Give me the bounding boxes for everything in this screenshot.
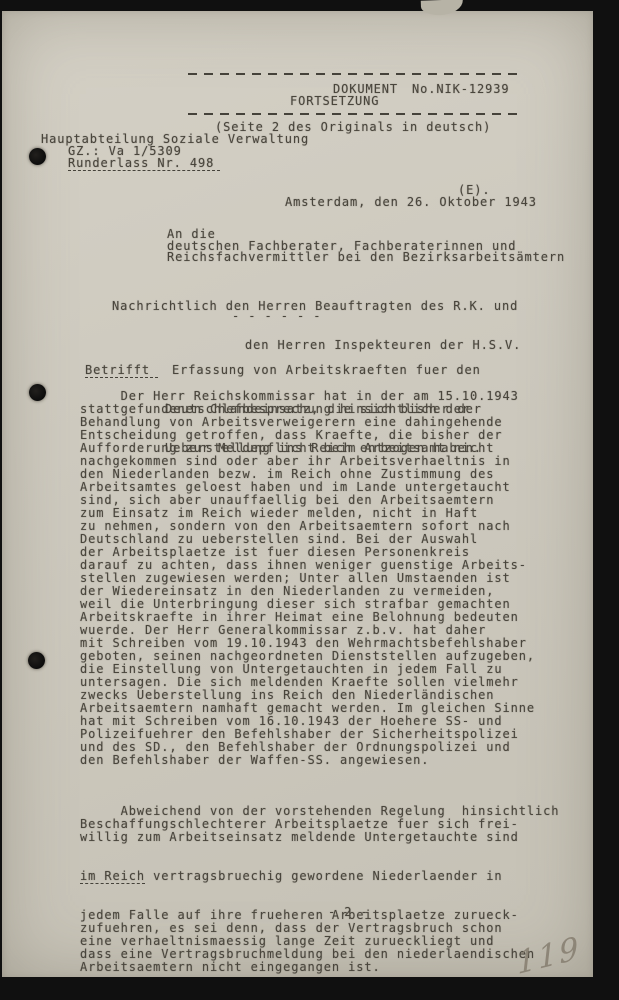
dashed-rule-bottom: [188, 113, 520, 115]
text-line: willig zum Arbeitseinsatz meldende Unter…: [80, 831, 559, 844]
body-paragraph-2: Abweichend von der vorstehenden Regelung…: [80, 779, 559, 987]
dateline: Amsterdam, den 26. Oktober 1943: [285, 196, 537, 209]
sender-circular: Runderlass Nr. 498: [68, 157, 220, 170]
separator-dashes: - - - - - -: [232, 310, 321, 323]
subject-line1: BetrifftErfassung von Arbeitskraeften fu…: [85, 364, 482, 377]
underlined-phrase: im Reich: [80, 869, 145, 884]
recipient-block: An diedeutschen Fachberater, Fachberater…: [167, 229, 565, 264]
body-paragraph-1: Der Herr Reichskommissar hat in der am 1…: [80, 390, 535, 767]
photo-frame-right: [593, 0, 619, 1000]
dashed-rule-top: [188, 73, 520, 75]
punch-hole: [29, 384, 46, 401]
punch-hole: [28, 652, 45, 669]
stamp-continuation: FORTSETZUNG: [290, 95, 379, 108]
photo-frame-left: [0, 0, 2, 1000]
page-number: - 2 -: [328, 906, 369, 919]
paragraph2-start: Abweichend von der vorstehenden Regelung…: [80, 805, 559, 844]
text-line: Arbeitsaemtern nicht eingegangen ist.: [80, 961, 559, 974]
text-line: den Befehlshaber der Waffen-SS. angewies…: [80, 754, 535, 767]
photo-frame-top: [0, 0, 619, 11]
paragraph2-underline-line: im Reich vertragsbruechig gewordene Nied…: [80, 870, 559, 883]
text-line: Reichsfachvermittler bei den Bezirksarbe…: [167, 252, 565, 264]
document-photo: { "colors":{"paper":"#cdc9be","ink":"#49…: [0, 0, 619, 1000]
paragraph2-end: jedem Falle auf ihre frueheren Arbeitspl…: [80, 909, 559, 974]
photo-frame-bottom: [0, 977, 619, 1000]
stamp-number: No.NIK-12939: [412, 82, 510, 96]
punch-hole: [29, 148, 46, 165]
subject-label: Betrifft: [85, 363, 158, 378]
